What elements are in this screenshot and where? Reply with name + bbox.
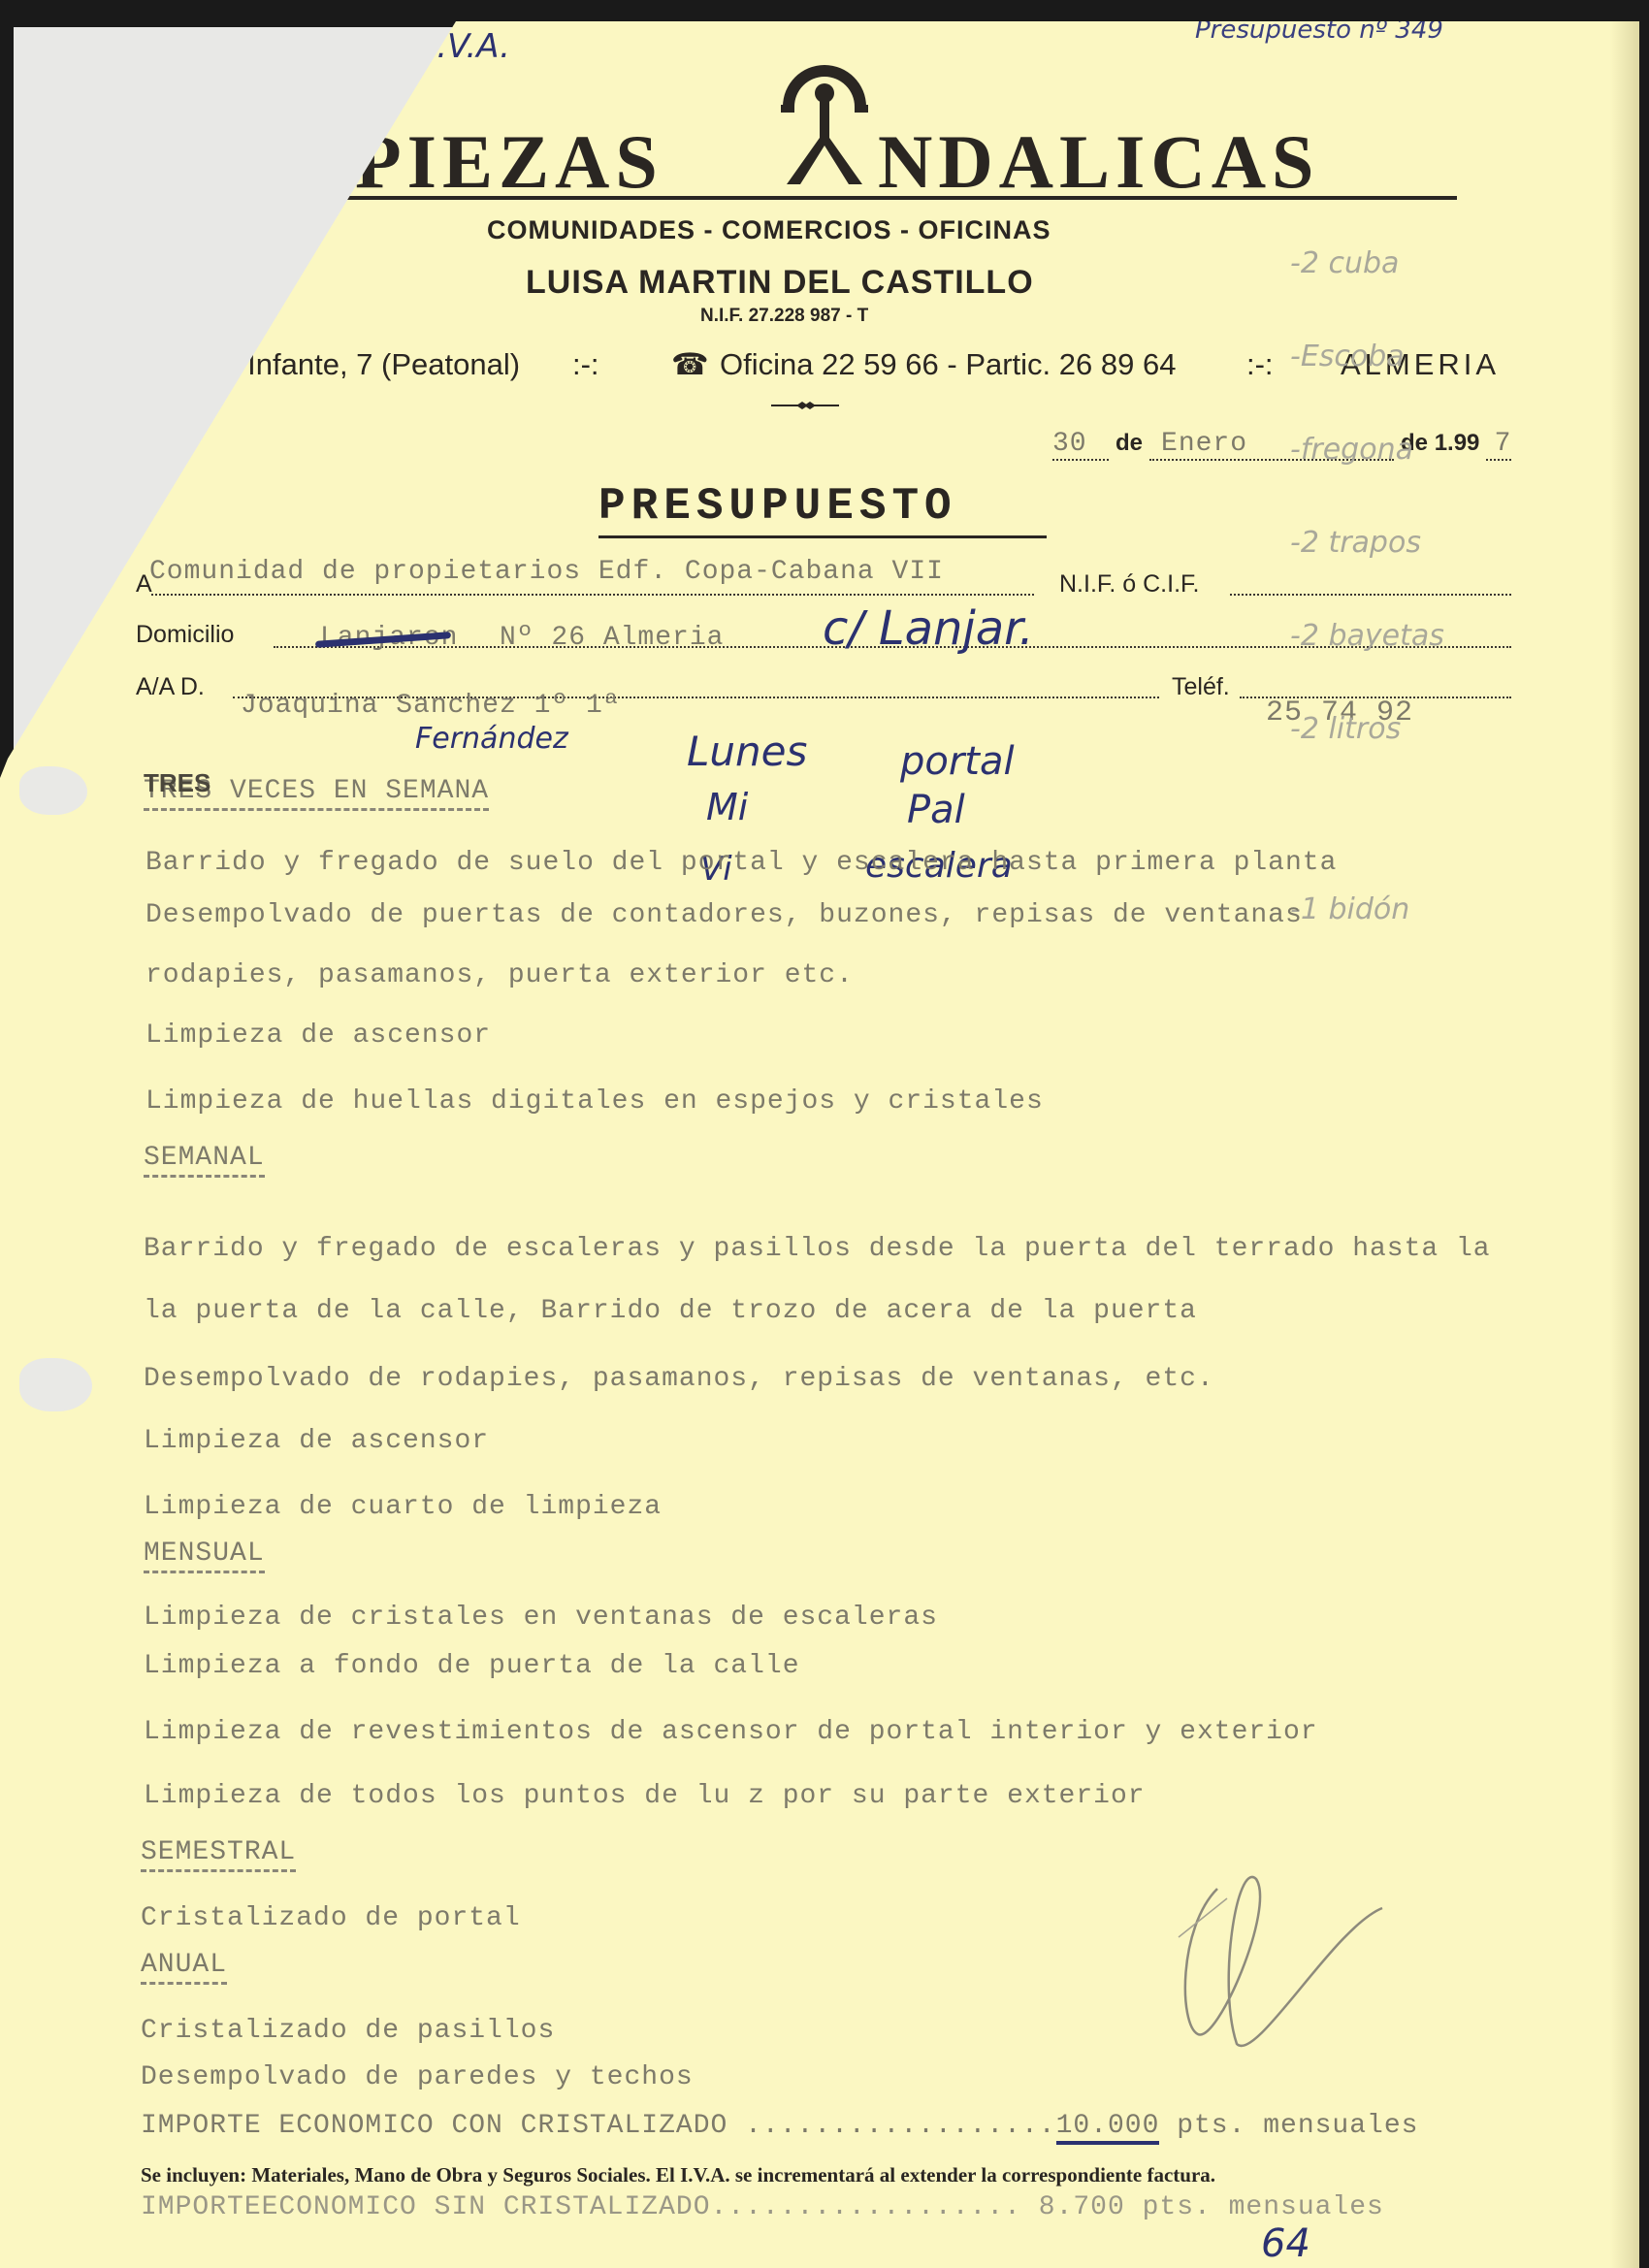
field-nif-label: N.I.F. ó C.I.F. [1059, 570, 1199, 599]
punch-hole [19, 766, 87, 815]
field-telef-label: Teléf. [1172, 673, 1230, 701]
list-item: Limpieza a fondo de puerta de la calle [144, 1651, 800, 1681]
handwritten-day-1: Lunes [687, 728, 807, 775]
logo-underline [186, 196, 1457, 200]
total-without-dots: .................. [711, 2192, 1021, 2222]
company-owner: LUISA MARTIN DEL CASTILLO [526, 264, 1034, 302]
punch-hole [19, 1358, 92, 1411]
list-item: la puerta de la calle, Barrido de trozo … [144, 1296, 1197, 1326]
section-heading-semestral: SEMESTRAL [141, 1837, 296, 1867]
pencil-note: -2 trapos [1290, 520, 1444, 567]
separator: :-: [1246, 347, 1274, 382]
pencil-note: -2 cuba [1290, 241, 1444, 287]
list-item: Barrido y fregado de suelo del portal y … [145, 848, 1337, 878]
date-year-digit: 7 [1486, 429, 1511, 461]
section-heading-semanal: SEMANAL [144, 1143, 265, 1173]
total-with-label: IMPORTE ECONOMICO CON CRISTALIZADO [141, 2111, 727, 2141]
pencil-note: -2 bayetas [1290, 613, 1444, 660]
separator: :-: [572, 347, 599, 382]
handwritten-day-2: Mi [706, 786, 748, 828]
total-without-amount: 8.700 [1039, 2192, 1125, 2222]
list-item: Barrido y fregado de escaleras y pasillo… [144, 1234, 1491, 1264]
date-de-label: de [1115, 430, 1143, 456]
section-heading-anual: ANUAL [141, 1950, 227, 1980]
handwritten-domicilio-correction: c/ Lanjar. [823, 601, 1034, 656]
handwritten-page-number: 64 [1261, 2221, 1310, 2266]
handwritten-area-1: portal [900, 739, 1015, 784]
list-item: Limpieza de todos los puntos de lu z por… [144, 1781, 1146, 1811]
signature-icon [1159, 1869, 1411, 2063]
section-heading-mensual: MENSUAL [144, 1539, 265, 1569]
handwritten-area-2: Pal [907, 788, 965, 832]
list-item: Limpieza de cristales en ventanas de esc… [144, 1603, 938, 1633]
list-item: Limpieza de revestimientos de ascensor d… [144, 1717, 1318, 1747]
ornament-divider-icon [771, 402, 839, 409]
handwritten-name-note: Fernández [415, 722, 568, 756]
handwritten-tres-overwrite: TRES [144, 768, 210, 798]
total-without-crystallizing-row: IMPORTEECONOMICO SIN CRISTALIZADO.......… [141, 2192, 1384, 2222]
indalo-logo-icon [771, 60, 878, 186]
field-domicilio-label: Domicilio [136, 621, 234, 649]
handwritten-budget-number: Presupuesto nº 349 [1195, 16, 1443, 45]
pencil-note: -fregona [1290, 427, 1444, 473]
list-item: Desempolvado de paredes y techos [141, 2062, 694, 2092]
total-with-amount: 10.000 [1056, 2111, 1160, 2145]
pencil-note: -1 bidón [1290, 887, 1444, 933]
company-subtitle: COMUNIDADES - COMERCIOS - OFICINAS [487, 215, 1051, 245]
company-nif: N.I.F. 27.228 987 - T [700, 306, 868, 327]
total-without-label: IMPORTEECONOMICO SIN CRISTALIZADO [141, 2192, 711, 2222]
title-underline [598, 535, 1047, 538]
list-item: Limpieza de ascensor [145, 1021, 491, 1051]
list-item: Cristalizado de portal [141, 1903, 521, 1933]
field-a-line [151, 594, 1034, 596]
list-item: Cristalizado de pasillos [141, 2016, 555, 2046]
list-item: rodapies, pasamanos, puerta exterior etc… [145, 960, 854, 990]
total-with-unit: pts. mensuales [1177, 2111, 1418, 2141]
footer-included-note: Se incluyen: Materiales, Mano de Obra y … [141, 2163, 1215, 2187]
phone-icon: ☎ [671, 347, 709, 382]
pencil-note: -Escoba [1290, 334, 1444, 380]
company-phones: Oficina 22 59 66 - Partic. 26 89 64 [720, 347, 1176, 382]
field-aad-label: A/A D. [136, 673, 205, 701]
list-item: Limpieza de ascensor [144, 1426, 489, 1456]
total-with-crystallizing-row: IMPORTE ECONOMICO CON CRISTALIZADO .....… [141, 2111, 1418, 2141]
total-without-unit: pts. mensuales [1143, 2192, 1384, 2222]
field-a-value: Comunidad de propietarios Edf. Copa-Caba… [149, 557, 944, 587]
total-with-dots: .................. [745, 2111, 1055, 2141]
list-item: Limpieza de huellas digitales en espejos… [145, 1086, 1044, 1117]
list-item: Limpieza de cuarto de limpieza [144, 1492, 662, 1522]
pencil-note: -2 litros [1290, 706, 1444, 753]
page-edge-shadow [1610, 21, 1639, 2268]
document-title: PRESUPUESTO [598, 481, 957, 532]
field-aad-value: Joaquina Sanchez 1º 1ª [241, 691, 621, 721]
field-domicilio-value: Nº 26 Almeria [500, 623, 724, 653]
list-item: Desempolvado de rodapies, pasamanos, rep… [144, 1364, 1214, 1394]
date-day: 30 [1052, 429, 1109, 461]
list-item: Desempolvado de puertas de contadores, b… [145, 900, 1303, 930]
company-name-right: NDALICAS [878, 118, 1319, 206]
